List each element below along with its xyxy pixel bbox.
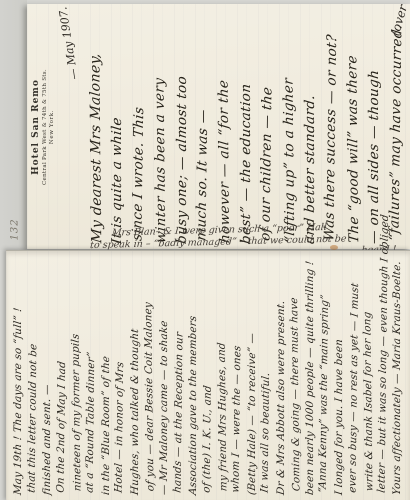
handwriting-line: My dearest Mrs Maloney, xyxy=(85,5,109,244)
handwriting-line: “Anna Kenny” was the “main spring” xyxy=(316,252,334,494)
handwriting-line: — Mr Maloney came — to shake xyxy=(157,252,172,496)
letterhead: Hotel San Remo Central Park West & 74th … xyxy=(31,4,55,250)
handwriting-line: Association gave to the members xyxy=(186,252,201,496)
handwriting-line: busy one; — almost too xyxy=(172,5,193,245)
letterhead-address: Central Park West & 74th & 75th Sts. xyxy=(42,4,48,250)
letterhead-hotel-name: Hotel San Remo xyxy=(31,4,41,250)
handwriting-line: of our children — the xyxy=(256,5,281,242)
handwriting-line: whom I — were the — ones xyxy=(228,252,246,494)
scanner-bed-strip xyxy=(0,0,27,250)
handwriting-line: and better standard. xyxy=(300,5,321,245)
date-line: — May 1907. xyxy=(56,5,80,80)
letterhead-city: New York. xyxy=(49,4,55,250)
handwriting-line: — on all sides — though xyxy=(364,5,385,245)
handwriting-line: winter has been a very xyxy=(149,5,173,244)
handwriting-line: Was there success — or not? xyxy=(320,5,345,242)
page-2-rotated-content: May 19th ! The days are so “full” !that … xyxy=(6,251,410,500)
handwriting-line: Coming & going — there must have xyxy=(287,252,305,492)
letter-page-2: May 19th ! The days are so “full” !that … xyxy=(6,250,410,500)
handwriting-line: Hotel — in honor of Mrs xyxy=(112,252,130,494)
handwriting-line: of you — dear Bessie Coit Maloney xyxy=(141,252,159,492)
catalog-number: 132 xyxy=(4,218,26,248)
handwriting-line: however — all “for the xyxy=(213,5,237,244)
handwriting-line: hands — at the Reception our xyxy=(170,252,188,494)
handwriting-line: “lifting up” to a higher xyxy=(277,5,301,244)
handwriting-line: best” — the education xyxy=(236,5,257,245)
page-1-rotated-content: Hotel San Remo Central Park West & 74th … xyxy=(26,4,410,250)
handwriting-line: It was all so beautiful. xyxy=(258,252,276,494)
letter-scan: Hotel San Remo Central Park West & 74th … xyxy=(0,0,410,500)
handwriting-line: It is quite a while xyxy=(107,5,128,245)
handwriting-line: finished and sent. — xyxy=(40,252,55,496)
page-1-handwriting: My dearest Mrs Maloney,It is quite a whi… xyxy=(86,6,407,244)
page-2-handwriting: May 19th ! The days are so “full” !that … xyxy=(11,253,405,495)
handwriting-line: Yours affectionately — Maria Kraus-Boelt… xyxy=(390,252,405,496)
handwriting-line: I longed for you. I have been xyxy=(332,252,347,496)
handwriting-line: at a “Round Table dinner” xyxy=(83,252,101,494)
handwriting-line: “failures” may have occurred. xyxy=(384,5,409,242)
handwriting-line: The “good will” was there xyxy=(342,5,366,244)
handwriting-line: May 19th ! The days are so “full” ! xyxy=(11,252,26,496)
handwriting-line: (Betty Hale) — “to receive” — xyxy=(245,252,260,496)
letter-page-1: Hotel San Remo Central Park West & 74th … xyxy=(27,4,410,249)
